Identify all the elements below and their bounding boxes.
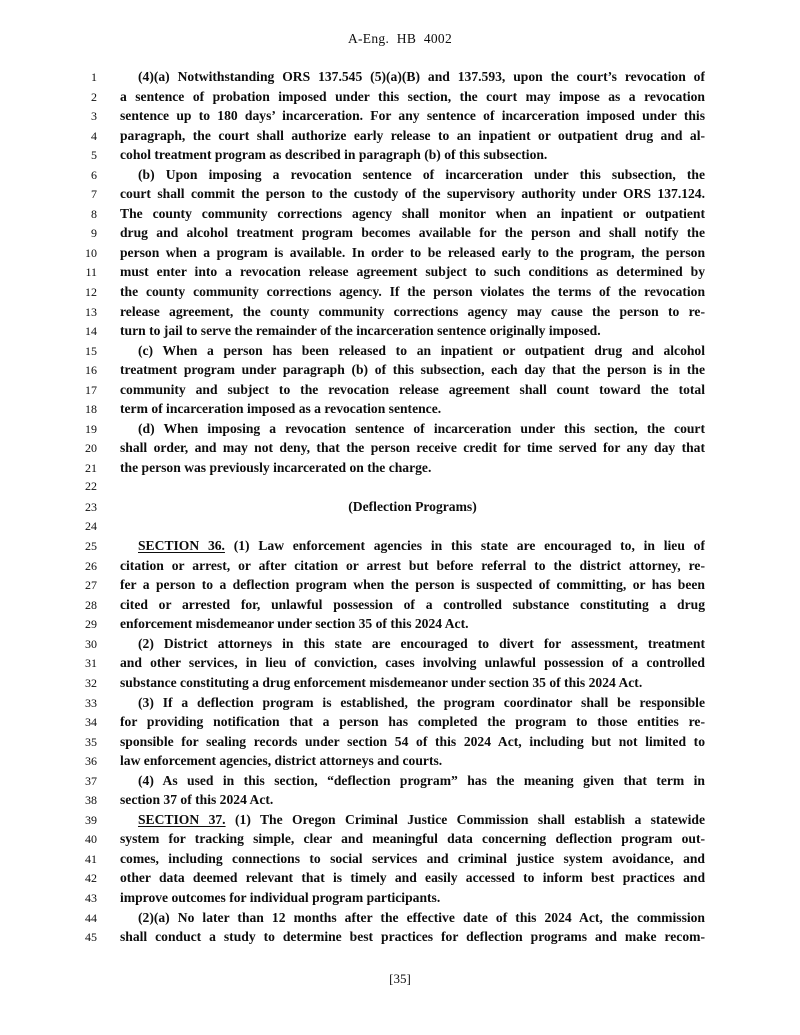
line-text: treatment program under paragraph (b) of… [120,360,705,380]
line-text: enforcement misdemeanor under section 35… [120,614,705,634]
line-number: 37 [0,772,97,792]
line-text: a sentence of probation imposed under th… [120,87,705,107]
document-line: 14 turn to jail to serve the remainder o… [0,321,800,341]
document-line: 29 enforcement misdemeanor under section… [0,614,800,634]
section-label: SECTION 36. [138,538,225,553]
line-text: (3) If a deflection program is establish… [120,693,705,713]
document-line: 45 shall conduct a study to determine be… [0,927,800,947]
line-text: sponsible for sealing records under sect… [120,732,705,752]
line-text: for providing notification that a person… [120,712,705,732]
line-number: 17 [0,381,97,401]
document-line: 9 drug and alcohol treatment program bec… [0,223,800,243]
line-text: fer a person to a deflection program whe… [120,575,705,595]
line-text: system for tracking simple, clear and me… [120,829,705,849]
document-line: 27 fer a person to a deflection program … [0,575,800,595]
line-text: must enter into a revocation release agr… [120,262,705,282]
line-number: 12 [0,283,97,303]
line-number: 1 [0,68,97,88]
line-number: 40 [0,830,97,850]
line-number: 10 [0,244,97,264]
line-number: 28 [0,596,97,616]
line-text: release agreement, the county community … [120,302,705,322]
document-page: A-Eng. HB 4002 1 (4)(a) Notwithstanding … [0,0,800,1035]
document-line: 18 term of incarceration imposed as a re… [0,399,800,419]
line-text: comes, including connections to social s… [120,849,705,869]
line-text: the county community corrections agency.… [120,282,705,302]
document-line: 2 a sentence of probation imposed under … [0,87,800,107]
document-line: 3 sentence up to 180 days’ incarceration… [0,106,800,126]
document-line: 4 paragraph, the court shall authorize e… [0,126,800,146]
line-text: drug and alcohol treatment program becom… [120,223,705,243]
document-line: 6 (b) Upon imposing a revocation sentenc… [0,165,800,185]
line-number: 9 [0,224,97,244]
line-number: 11 [0,263,97,283]
line-number: 18 [0,400,97,420]
line-number: 31 [0,654,97,674]
line-number: 19 [0,420,97,440]
line-text: paragraph, the court shall authorize ear… [120,126,705,146]
line-number: 21 [0,459,97,479]
line-text: shall conduct a study to determine best … [120,927,705,947]
line-text: the person was previously incarcerated o… [120,458,705,478]
document-line: 26 citation or arrest, or after citation… [0,556,800,576]
line-number: 23 [0,498,97,518]
document-line: 15 (c) When a person has been released t… [0,341,800,361]
document-line: 24 [0,517,800,537]
line-number: 33 [0,694,97,714]
document-line: 11 must enter into a revocation release … [0,262,800,282]
line-text: community and subject to the revocation … [120,380,705,400]
line-text: (2)(a) No later than 12 months after the… [120,908,705,928]
document-line: 10 person when a program is available. I… [0,243,800,263]
document-line: 22 [0,477,800,497]
line-text: (4) As used in this section, “deflection… [120,771,705,791]
line-text: term of incarceration imposed as a revoc… [120,399,705,419]
line-number: 36 [0,752,97,772]
line-number: 45 [0,928,97,948]
line-number: 35 [0,733,97,753]
document-line: 39 SECTION 37. (1) The Oregon Criminal J… [0,810,800,830]
document-line: 31 and other services, in lieu of convic… [0,653,800,673]
line-number: 25 [0,537,97,557]
line-number: 7 [0,185,97,205]
line-number: 44 [0,909,97,929]
line-text: (b) Upon imposing a revocation sentence … [120,165,705,185]
line-number: 32 [0,674,97,694]
line-number: 8 [0,205,97,225]
line-number: 13 [0,303,97,323]
line-text: (2) District attorneys in this state are… [120,634,705,654]
document-line: 12 the county community corrections agen… [0,282,800,302]
document-line: 23 (Deflection Programs) [0,497,800,517]
line-number: 27 [0,576,97,596]
document-line: 17 community and subject to the revocati… [0,380,800,400]
document-line: 20 shall order, and may not deny, that t… [0,438,800,458]
line-text: law enforcement agencies, district attor… [120,751,705,771]
line-text: SECTION 36. (1) Law enforcement agencies… [120,536,705,556]
line-text: improve outcomes for individual program … [120,888,705,908]
document-line: 41 comes, including connections to socia… [0,849,800,869]
line-text: (4)(a) Notwithstanding ORS 137.545 (5)(a… [120,67,705,87]
document-line: 33 (3) If a deflection program is establ… [0,693,800,713]
line-text: other data deemed relevant that is timel… [120,868,705,888]
document-header: A-Eng. HB 4002 [0,31,800,47]
line-number: 34 [0,713,97,733]
document-body: 1 (4)(a) Notwithstanding ORS 137.545 (5)… [0,67,800,947]
document-line: 42 other data deemed relevant that is ti… [0,868,800,888]
document-line: 44 (2)(a) No later than 12 months after … [0,908,800,928]
document-line: 25 SECTION 36. (1) Law enforcement agenc… [0,536,800,556]
line-text: cohol treatment program as described in … [120,145,705,165]
line-text: (Deflection Programs) [120,497,705,517]
document-line: 32 substance constituting a drug enforce… [0,673,800,693]
line-number: 24 [0,517,97,537]
document-line: 36 law enforcement agencies, district at… [0,751,800,771]
line-text: section 37 of this 2024 Act. [120,790,705,810]
line-number: 39 [0,811,97,831]
line-number: 30 [0,635,97,655]
line-text: (d) When imposing a revocation sentence … [120,419,705,439]
document-line: 7 court shall commit the person to the c… [0,184,800,204]
document-line: 21 the person was previously incarcerate… [0,458,800,478]
line-number: 15 [0,342,97,362]
document-line: 28 cited or arrested for, unlawful posse… [0,595,800,615]
document-line: 19 (d) When imposing a revocation senten… [0,419,800,439]
line-number: 43 [0,889,97,909]
document-line: 40 system for tracking simple, clear and… [0,829,800,849]
line-number: 3 [0,107,97,127]
line-text: citation or arrest, or after citation or… [120,556,705,576]
document-line: 13 release agreement, the county communi… [0,302,800,322]
page-number: [35] [0,971,800,987]
line-number: 41 [0,850,97,870]
line-number: 20 [0,439,97,459]
document-line: 16 treatment program under paragraph (b)… [0,360,800,380]
document-line: 43 improve outcomes for individual progr… [0,888,800,908]
line-text: and other services, in lieu of convictio… [120,653,705,673]
line-number: 2 [0,88,97,108]
document-line: 5 cohol treatment program as described i… [0,145,800,165]
document-line: 37 (4) As used in this section, “deflect… [0,771,800,791]
line-text: SECTION 37. (1) The Oregon Criminal Just… [120,810,705,830]
line-number: 4 [0,127,97,147]
line-number: 22 [0,477,97,497]
document-line: 30 (2) District attorneys in this state … [0,634,800,654]
line-text: cited or arrested for, unlawful possessi… [120,595,705,615]
line-text: (c) When a person has been released to a… [120,341,705,361]
line-text: The county community corrections agency … [120,204,705,224]
line-text: shall order, and may not deny, that the … [120,438,705,458]
line-number: 26 [0,557,97,577]
document-line: 1 (4)(a) Notwithstanding ORS 137.545 (5)… [0,67,800,87]
document-line: 8 The county community corrections agenc… [0,204,800,224]
document-line: 35 sponsible for sealing records under s… [0,732,800,752]
line-text: court shall commit the person to the cus… [120,184,705,204]
line-number: 42 [0,869,97,889]
line-text: substance constituting a drug enforcemen… [120,673,705,693]
line-number: 29 [0,615,97,635]
line-number: 14 [0,322,97,342]
document-line: 34 for providing notification that a per… [0,712,800,732]
line-text: person when a program is available. In o… [120,243,705,263]
line-number: 6 [0,166,97,186]
document-line: 38 section 37 of this 2024 Act. [0,790,800,810]
line-number: 16 [0,361,97,381]
section-label: SECTION 37. [138,812,226,827]
line-text: sentence up to 180 days’ incarceration. … [120,106,705,126]
line-text: turn to jail to serve the remainder of t… [120,321,705,341]
line-number: 5 [0,146,97,166]
line-number: 38 [0,791,97,811]
